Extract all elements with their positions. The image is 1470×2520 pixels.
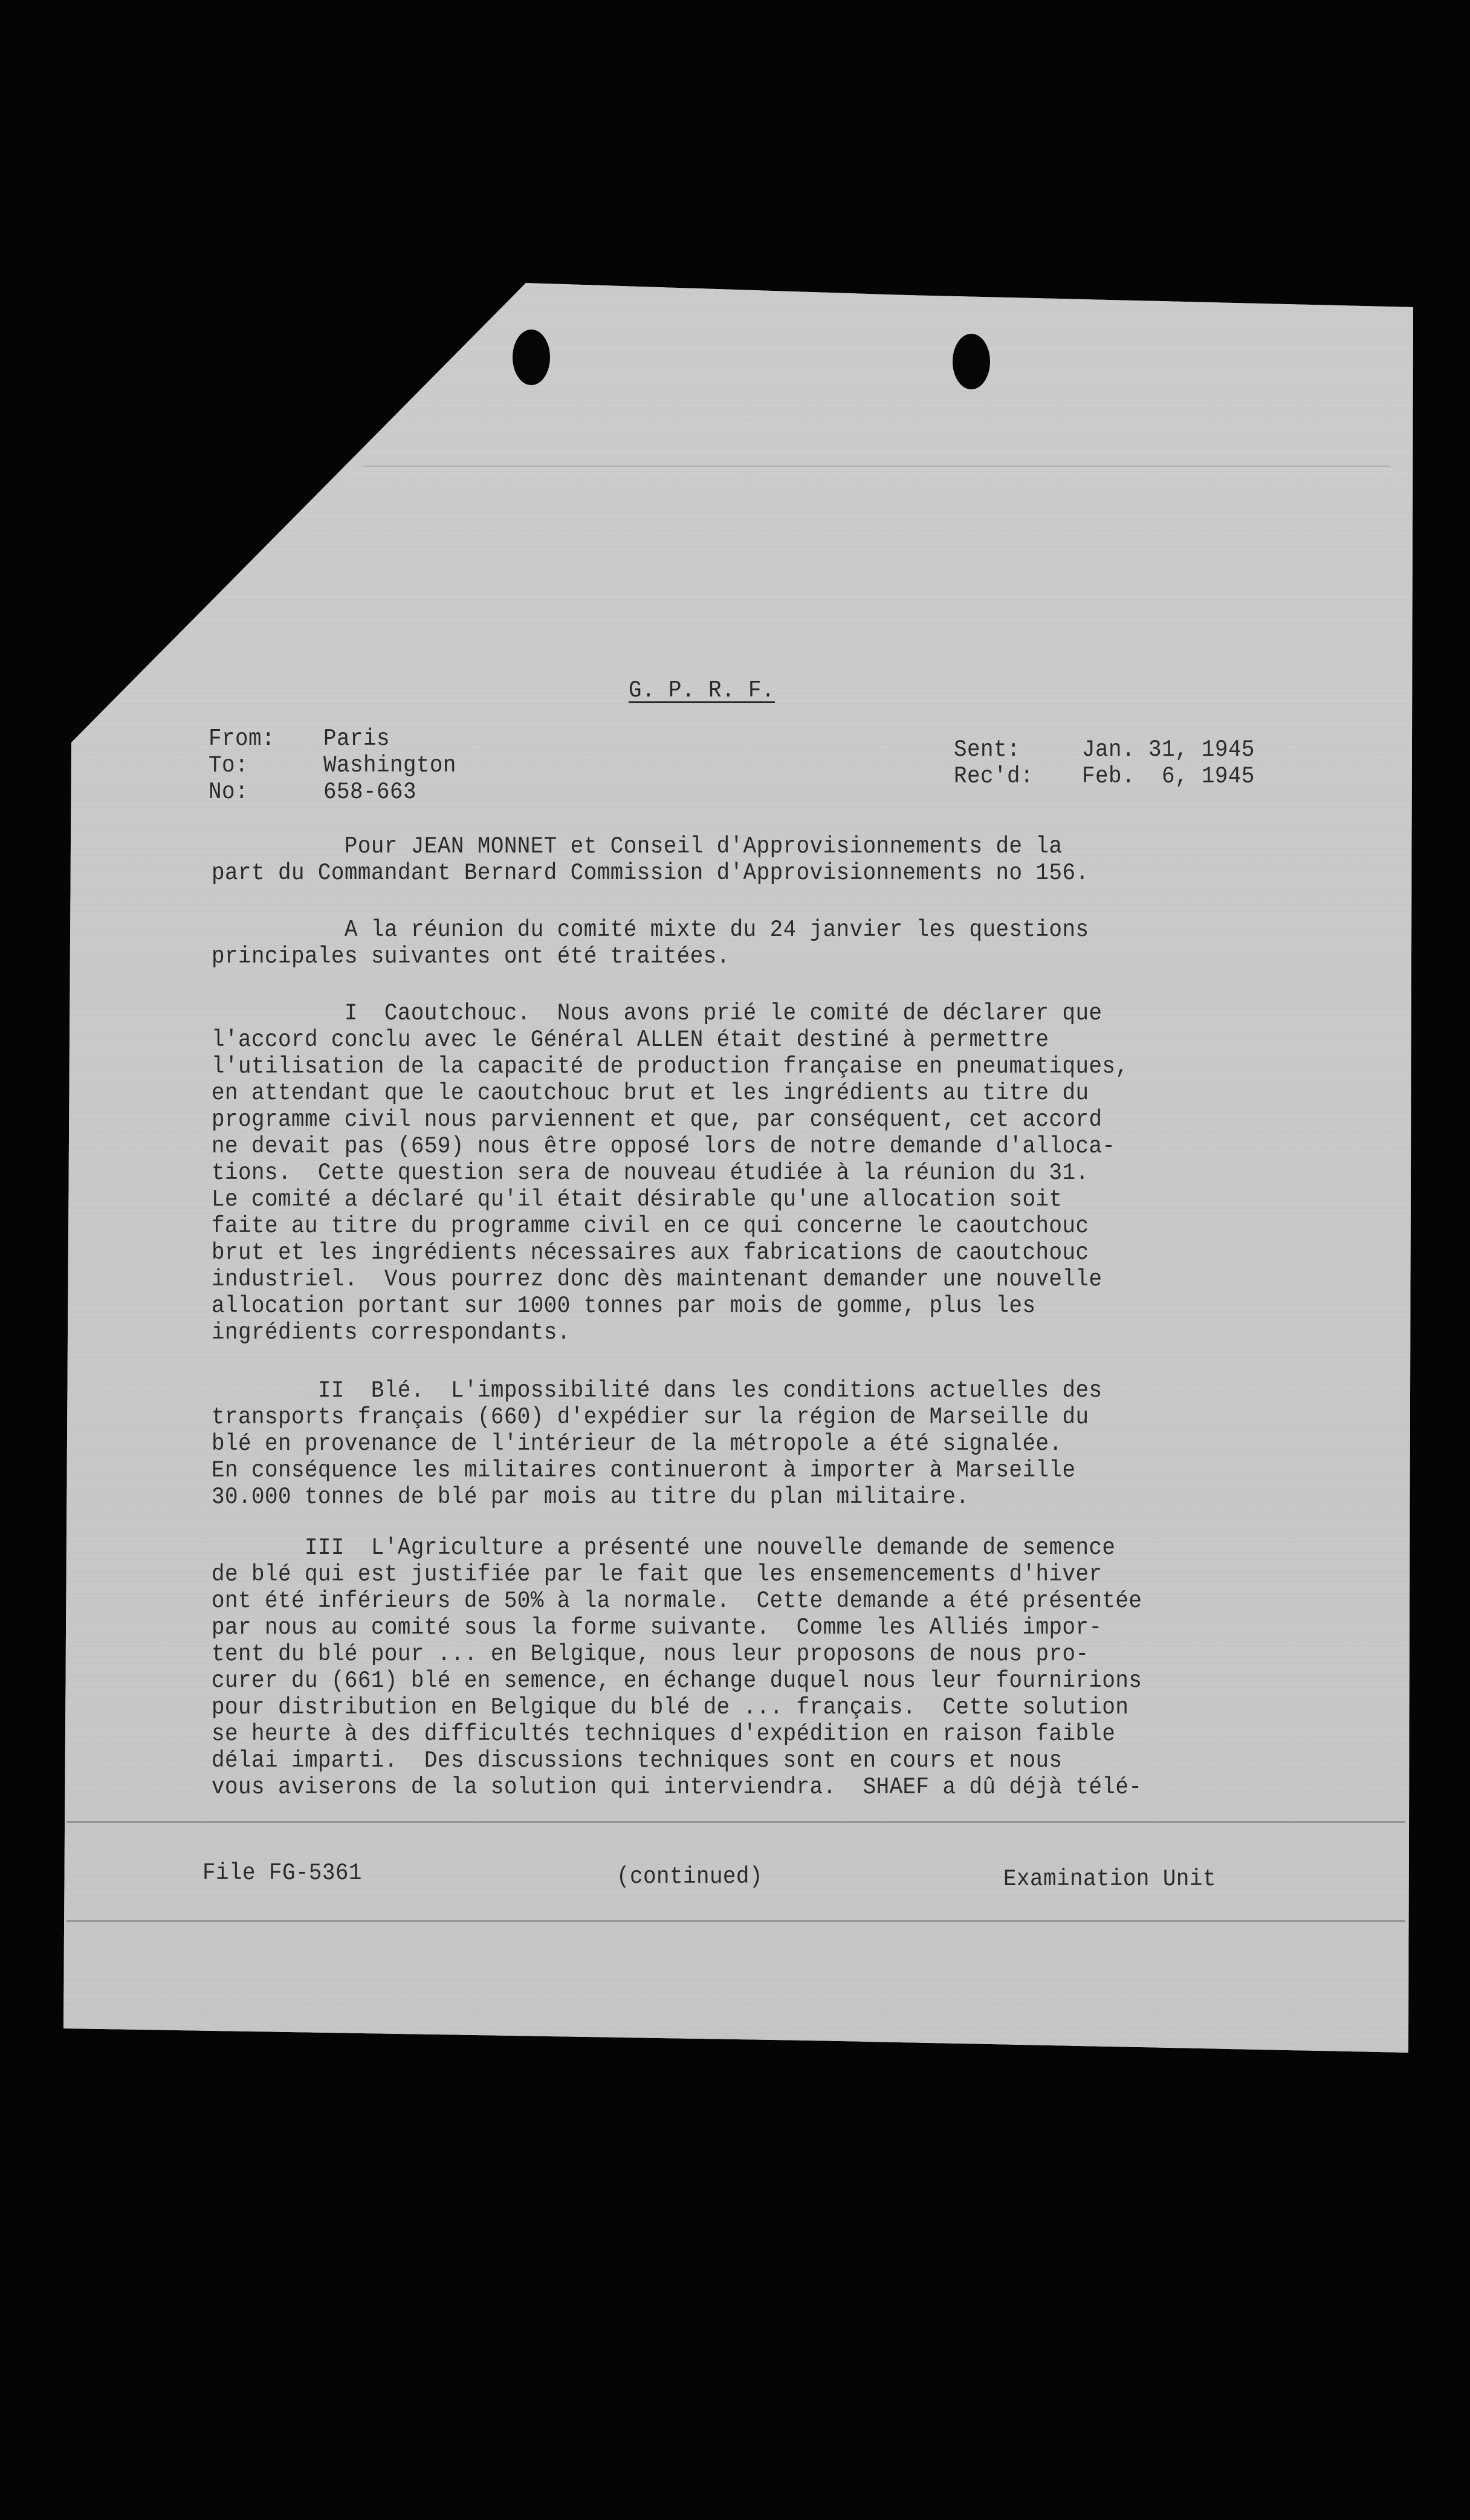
paragraph-caoutchouc: I Caoutchouc. Nous avons prié le comité … — [212, 1000, 1360, 1346]
text-line: programme civil nous parviennent et que,… — [212, 1106, 1268, 1133]
to-label: To: — [209, 752, 248, 779]
text-line: curer du (661) blé en semence, en échang… — [212, 1668, 1268, 1694]
text-line: En conséquence les militaires continuero… — [212, 1457, 1268, 1484]
paragraph-intro: A la réunion du comité mixte du 24 janvi… — [212, 917, 1360, 970]
document-heading: G. P. R. F. — [629, 677, 775, 704]
text-line: tent du blé pour ... en Belgique, nous l… — [212, 1641, 1268, 1668]
text-line: part du Commandant Bernard Commission d'… — [212, 860, 1268, 886]
text-line: se heurte à des difficultés techniques d… — [212, 1721, 1268, 1747]
text-line: délai imparti. Des discussions technique… — [212, 1747, 1268, 1774]
text-line: l'utilisation de la capacité de producti… — [212, 1053, 1268, 1080]
no-label: No: — [209, 779, 248, 805]
text-line: transports français (660) d'expédier sur… — [212, 1404, 1268, 1430]
paragraph-agriculture: III L'Agriculture a présenté une nouvell… — [212, 1534, 1360, 1801]
text-line: A la réunion du comité mixte du 24 janvi… — [212, 917, 1268, 943]
text-line: de blé qui est justifiée par le fait que… — [212, 1561, 1268, 1588]
no-value: 658-663 — [323, 779, 416, 805]
text-line: ont été inférieurs de 50% à la normale. … — [212, 1588, 1268, 1614]
footer-top-rule — [66, 1821, 1405, 1823]
paragraph-ble: II Blé. L'impossibilité dans les conditi… — [212, 1377, 1360, 1510]
text-line: I Caoutchouc. Nous avons prié le comité … — [212, 1000, 1268, 1027]
from-value: Paris — [323, 726, 390, 752]
footer-continued: (continued) — [617, 1863, 763, 1890]
sent-value: Jan. 31, 1945 — [1082, 736, 1255, 763]
text-line: vous aviserons de la solution qui interv… — [212, 1774, 1268, 1801]
sent-label: Sent: — [954, 736, 1020, 763]
text-line: tions. Cette question sera de nouveau ét… — [212, 1160, 1268, 1186]
text-line: en attendant que le caoutchouc brut et l… — [212, 1080, 1268, 1106]
punch-hole-right — [953, 334, 990, 389]
footer-bottom-rule — [66, 1920, 1405, 1922]
text-line: l'accord conclu avec le Général ALLEN ét… — [212, 1027, 1268, 1053]
text-line: Pour JEAN MONNET et Conseil d'Approvisio… — [212, 833, 1268, 860]
text-line: ingrédients correspondants. — [212, 1319, 1268, 1346]
text-line: III L'Agriculture a présenté une nouvell… — [212, 1534, 1268, 1561]
text-line: allocation portant sur 1000 tonnes par m… — [212, 1293, 1268, 1319]
text-line: pour distribution en Belgique du blé de … — [212, 1694, 1268, 1721]
text-line: par nous au comité sous la forme suivant… — [212, 1614, 1268, 1641]
text-line: principales suivantes ont été traitées. — [212, 943, 1268, 970]
text-line: Le comité a déclaré qu'il était désirabl… — [212, 1186, 1268, 1213]
punch-hole-left — [513, 330, 550, 385]
text-line: brut et les ingrédients nécessaires aux … — [212, 1239, 1268, 1266]
footer-examination-unit: Examination Unit — [1003, 1866, 1216, 1892]
text-line: 30.000 tonnes de blé par mois au titre d… — [212, 1484, 1268, 1510]
recd-label: Rec'd: — [954, 763, 1034, 790]
text-line: ne devait pas (659) nous être opposé lor… — [212, 1133, 1268, 1160]
faint-top-rule — [363, 466, 1390, 467]
to-value: Washington — [323, 752, 456, 779]
text-line: blé en provenance de l'intérieur de la m… — [212, 1430, 1268, 1457]
paragraph-salutation: Pour JEAN MONNET et Conseil d'Approvisio… — [212, 833, 1360, 886]
recd-value: Feb. 6, 1945 — [1082, 763, 1255, 790]
text-line: industriel. Vous pourrez donc dès mainte… — [212, 1266, 1268, 1293]
text-line: faite au titre du programme civil en ce … — [212, 1213, 1268, 1239]
from-label: From: — [209, 726, 275, 752]
footer-file-number: File FG-5361 — [202, 1860, 362, 1886]
text-line: II Blé. L'impossibilité dans les conditi… — [212, 1377, 1268, 1404]
